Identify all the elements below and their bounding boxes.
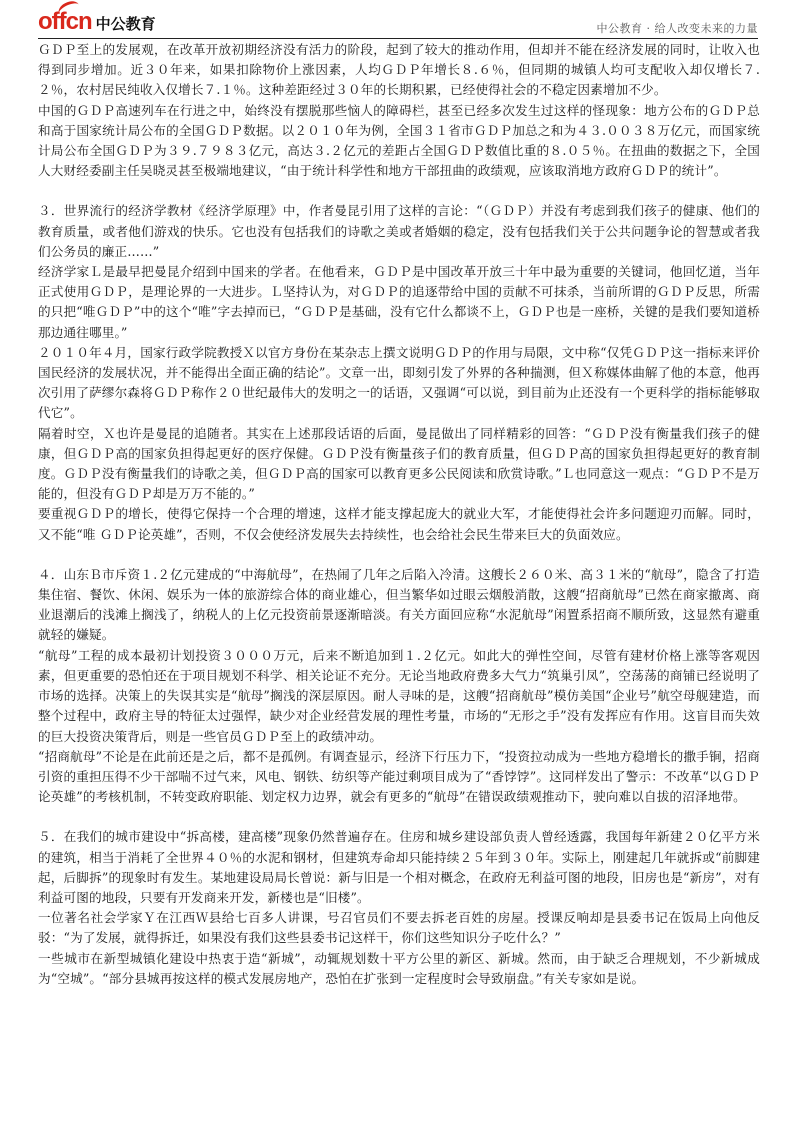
section-gap bbox=[38, 181, 760, 201]
logo-mark: offcn bbox=[38, 10, 92, 34]
paragraph: 经济学家Ｌ是最早把曼昆介绍到中国来的学者。在他看来，ＧＤＰ是中国改革开放三十年中… bbox=[38, 262, 760, 343]
section-5-heading-paragraph: ５．在我们的城市建设中“拆高楼，建高楼”现象仍然普遍存在。住房和城乡建设部负责人… bbox=[38, 827, 760, 908]
paragraph: ＧＤＰ至上的发展观，在改革开放初期经济没有活力的阶段，起到了较大的推动作用，但却… bbox=[38, 40, 760, 101]
document-body: ＧＤＰ至上的发展观，在改革开放初期经济没有活力的阶段，起到了较大的推动作用，但却… bbox=[38, 40, 760, 989]
header-slogan: 中公教育 · 给人改变未来的力量 bbox=[597, 20, 759, 36]
paragraph: 一位著名社会学家Ｙ在江西Ｗ县给七百多人讲课，号召官员们不要去拆老百姓的房屋。授课… bbox=[38, 908, 760, 948]
paragraph: “航母”工程的成本最初计划投资３０００万元，后来不断追加到１.２亿元。如此大的弹… bbox=[38, 646, 760, 747]
header-divider bbox=[38, 38, 758, 39]
paragraph: 隔着时空，Ｘ也许是曼昆的追随者。其实在上述那段话语的后面，曼昆做出了同样精彩的回… bbox=[38, 424, 760, 505]
paragraph: 中国的ＧＤＰ高速列车在行进之中，始终没有摆脱那些恼人的障碍栏，甚至已经多次发生过… bbox=[38, 101, 760, 182]
paragraph: 要重视ＧＤＰ的增长，使得它保持一个合理的增速，这样才能支撑起庞大的就业大军，才能… bbox=[38, 504, 760, 544]
logo-text: 中公教育 bbox=[96, 14, 156, 34]
section-3-heading-paragraph: ３．世界流行的经济学教材《经济学原理》中，作者曼昆引用了这样的言论：“（ＧＤＰ）… bbox=[38, 201, 760, 262]
paragraph: “招商航母”不论是在此前还是之后，都不是孤例。有调查显示，经济下行压力下，“投资… bbox=[38, 747, 760, 808]
section-gap bbox=[38, 545, 760, 565]
section-gap bbox=[38, 807, 760, 827]
offcn-logo: offcn 中公教育 bbox=[38, 10, 156, 34]
paragraph: ２０１０年４月，国家行政学院教授Ｘ以官方身份在某杂志上撰文说明ＧＤＰ的作用与局限… bbox=[38, 343, 760, 424]
page-header: offcn 中公教育 中公教育 · 给人改变未来的力量 bbox=[38, 0, 758, 40]
paragraph: 一些城市在新型城镇化建设中热衷于造“新城”，动辄规划数十平方公里的新区、新城。然… bbox=[38, 949, 760, 989]
section-4-heading-paragraph: ４．山东Ｂ市斥资１.２亿元建成的“中海航母”，在热闹了几年之后陷入冷清。这艘长２… bbox=[38, 565, 760, 646]
